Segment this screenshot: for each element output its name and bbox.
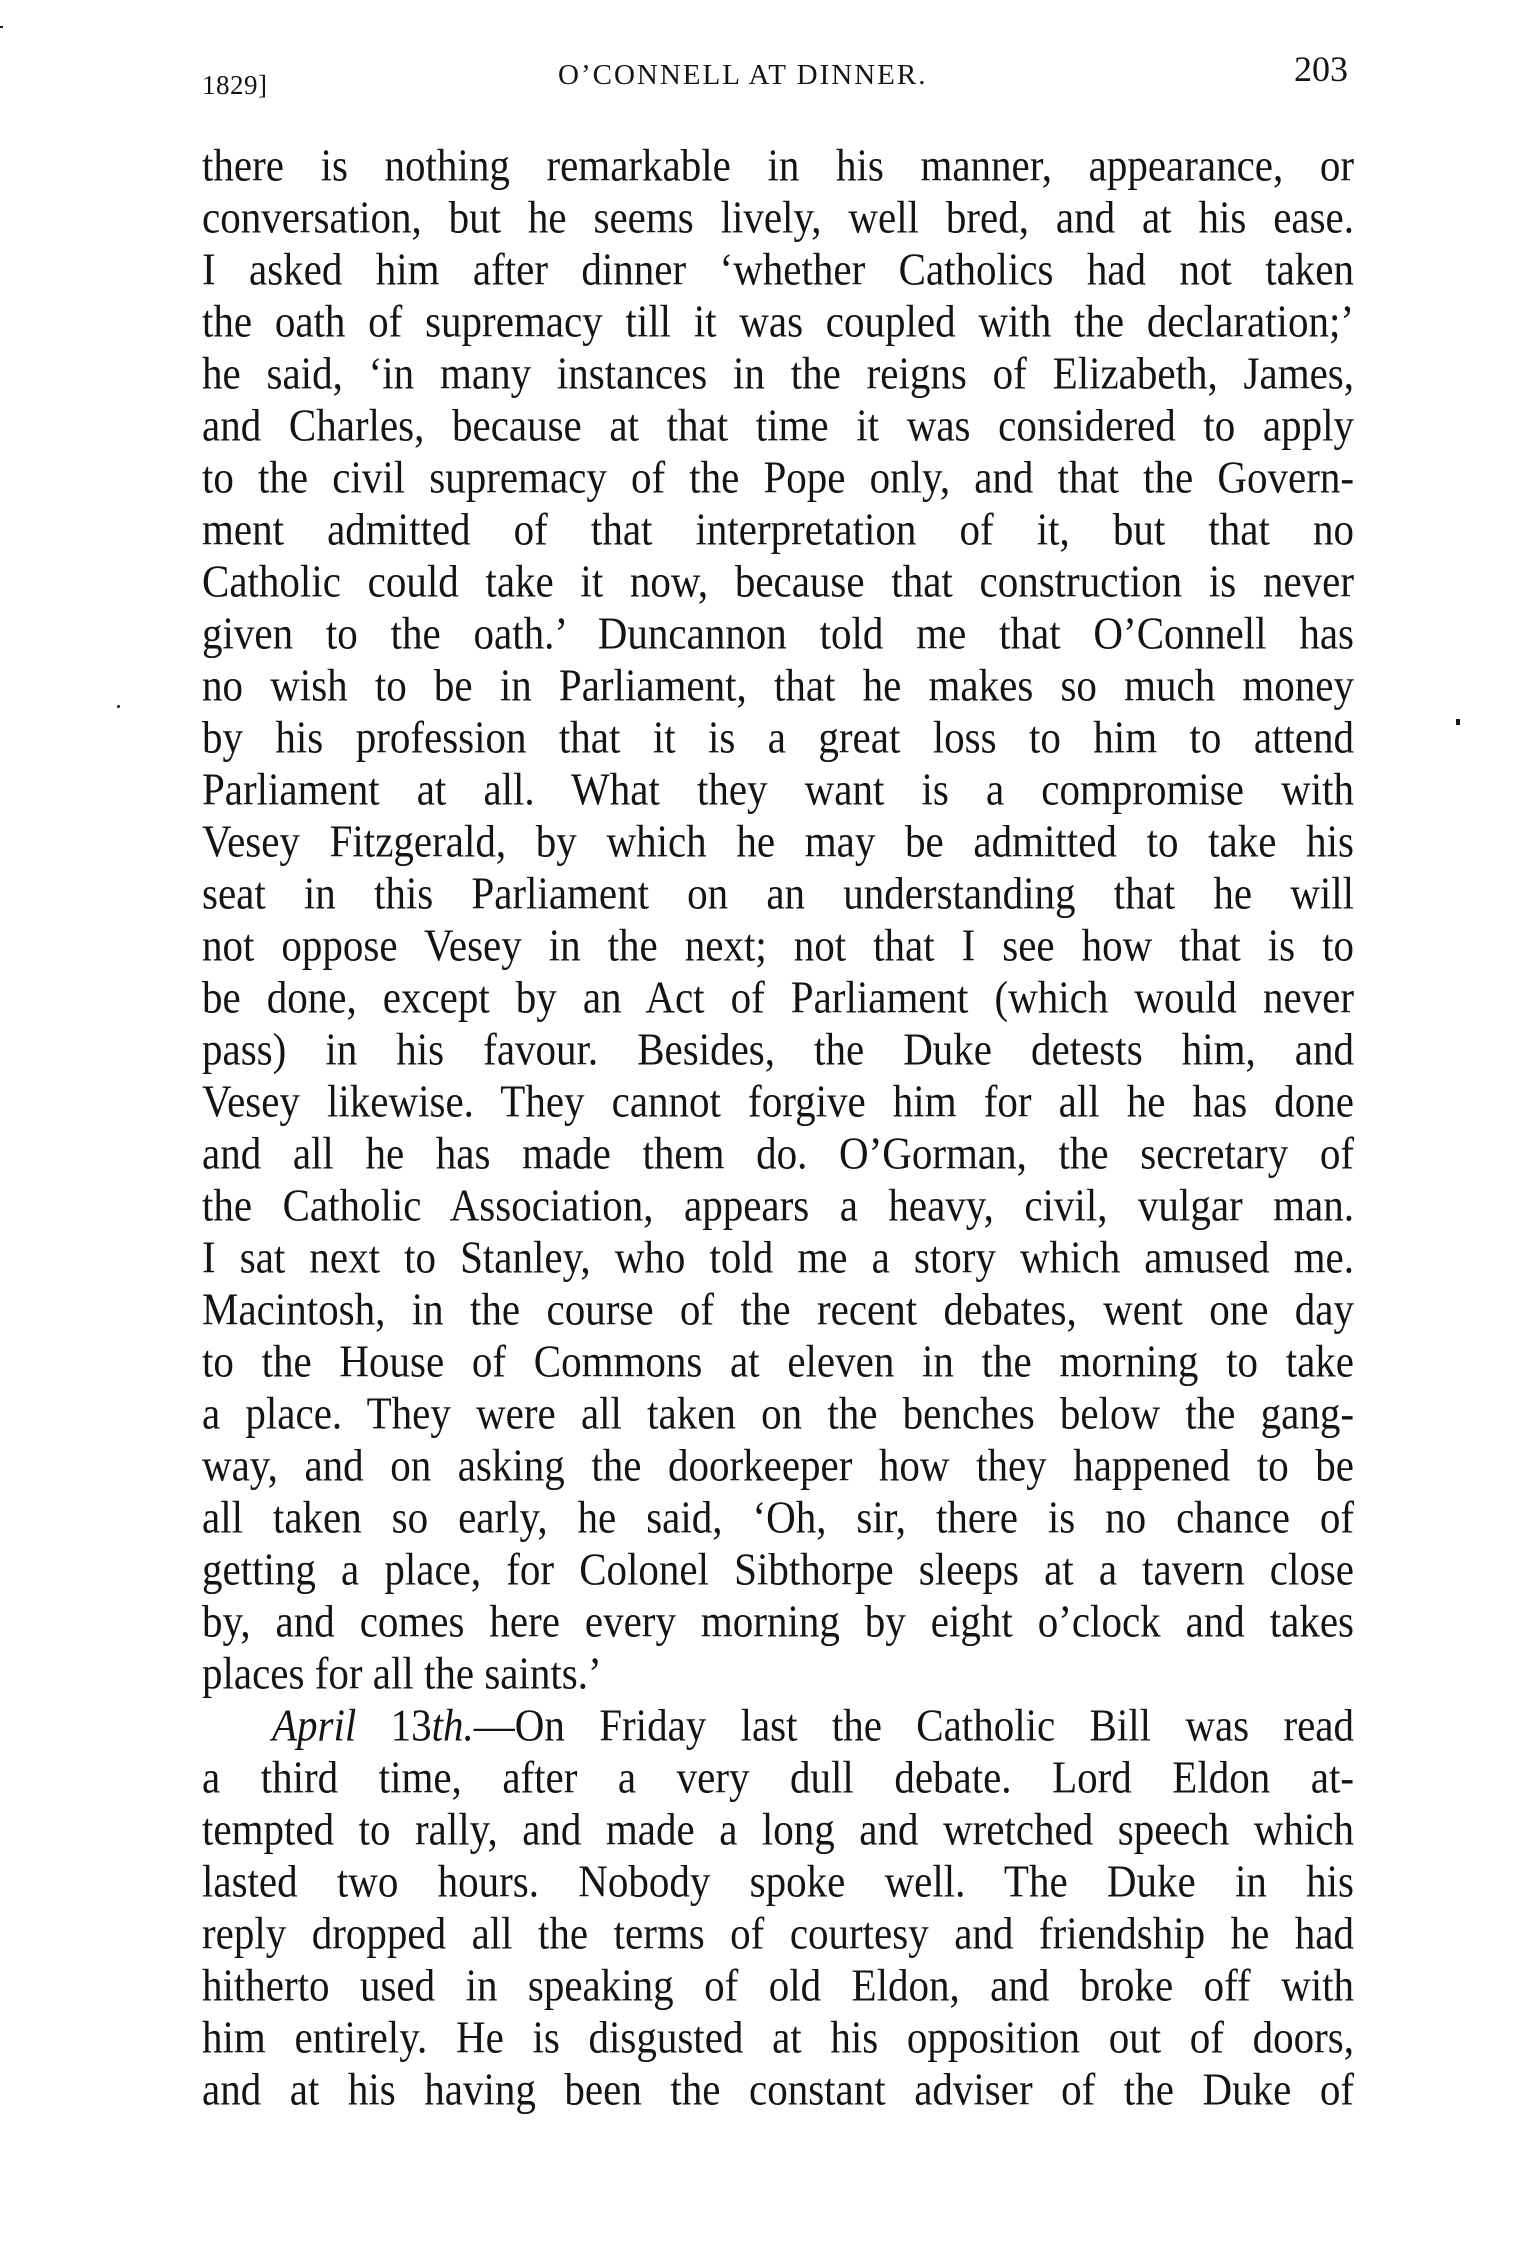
entry-first-line-text: —On Friday last the Catholic Bill was re…: [474, 1699, 1354, 1751]
diary-entry-first-line: April 13th.—On Friday last the Catholic …: [202, 1696, 1354, 1754]
text-line: seat in this Parliament on an understand…: [202, 864, 1354, 922]
text-line: conversation, but he seems lively, well …: [202, 188, 1354, 246]
book-page: 1829] O’CONNELL AT DINNER. 203 there is …: [0, 0, 1535, 2250]
text-line: the Catholic Association, appears a heav…: [202, 1176, 1354, 1234]
entry-date-month: April: [272, 1699, 356, 1751]
text-line: Macintosh, in the course of the recent d…: [202, 1280, 1354, 1338]
text-line: the oath of supremacy till it was couple…: [202, 292, 1354, 350]
running-head: 1829] O’CONNELL AT DINNER. 203: [200, 50, 1352, 94]
text-line: getting a place, for Colonel Sibthorpe s…: [202, 1540, 1354, 1598]
text-line: a place. They were all taken on the benc…: [202, 1384, 1354, 1442]
scan-speck: [1456, 719, 1460, 725]
entry-date-day: 13: [356, 1699, 431, 1751]
text-line: Vesey likewise. They cannot forgive him …: [202, 1072, 1354, 1130]
text-line: Vesey Fitzgerald, by which he may be adm…: [202, 812, 1354, 870]
text-line: not oppose Vesey in the next; not that I…: [202, 916, 1354, 974]
paragraph-end-line: places for all the saints.’: [202, 1644, 1354, 1702]
body-text: there is nothing remarkable in his manne…: [202, 140, 1354, 2116]
text-line: him entirely. He is disgusted at his opp…: [202, 2008, 1354, 2066]
text-line: and at his having been the constant advi…: [202, 2060, 1354, 2118]
page-number: 203: [1294, 52, 1348, 86]
text-line: by, and comes here every morning by eigh…: [202, 1592, 1354, 1650]
text-line: and Charles, because at that time it was…: [202, 396, 1354, 454]
text-line: a third time, after a very dull debate. …: [202, 1748, 1354, 1806]
text-line: tempted to rally, and made a long and wr…: [202, 1800, 1354, 1858]
text-line: I asked him after dinner ‘whether Cathol…: [202, 240, 1354, 298]
text-line: be done, except by an Act of Parliament …: [202, 968, 1354, 1026]
scan-speck: [0, 26, 3, 28]
text-line: pass) in his favour. Besides, the Duke d…: [202, 1020, 1354, 1078]
text-line: to the civil supremacy of the Pope only,…: [202, 448, 1354, 506]
scan-speck: [117, 705, 120, 708]
text-line: way, and on asking the doorkeeper how th…: [202, 1436, 1354, 1494]
text-line: all taken so early, he said, ‘Oh, sir, t…: [202, 1488, 1354, 1546]
text-line: to the House of Commons at eleven in the…: [202, 1332, 1354, 1390]
text-line: Catholic could take it now, because that…: [202, 552, 1354, 610]
entry-date-suffix: th.: [432, 1699, 474, 1751]
text-line: there is nothing remarkable in his manne…: [202, 136, 1354, 194]
text-line: by his profession that it is a great los…: [202, 708, 1354, 766]
text-line: I sat next to Stanley, who told me a sto…: [202, 1228, 1354, 1286]
text-line: no wish to be in Parliament, that he mak…: [202, 656, 1354, 714]
text-line: and all he has made them do. O’Gorman, t…: [202, 1124, 1354, 1182]
text-line: ment admitted of that interpretation of …: [202, 500, 1354, 558]
text-line: given to the oath.’ Duncannon told me th…: [202, 604, 1354, 662]
text-line: lasted two hours. Nobody spoke well. The…: [202, 1852, 1354, 1910]
text-line: he said, ‘in many instances in the reign…: [202, 344, 1354, 402]
running-head-title: O’CONNELL AT DINNER.: [558, 58, 927, 92]
text-line: Parliament at all. What they want is a c…: [202, 760, 1354, 818]
text-line: reply dropped all the terms of courtesy …: [202, 1904, 1354, 1962]
text-line: hitherto used in speaking of old Eldon, …: [202, 1956, 1354, 2014]
running-head-year: 1829]: [202, 68, 268, 102]
